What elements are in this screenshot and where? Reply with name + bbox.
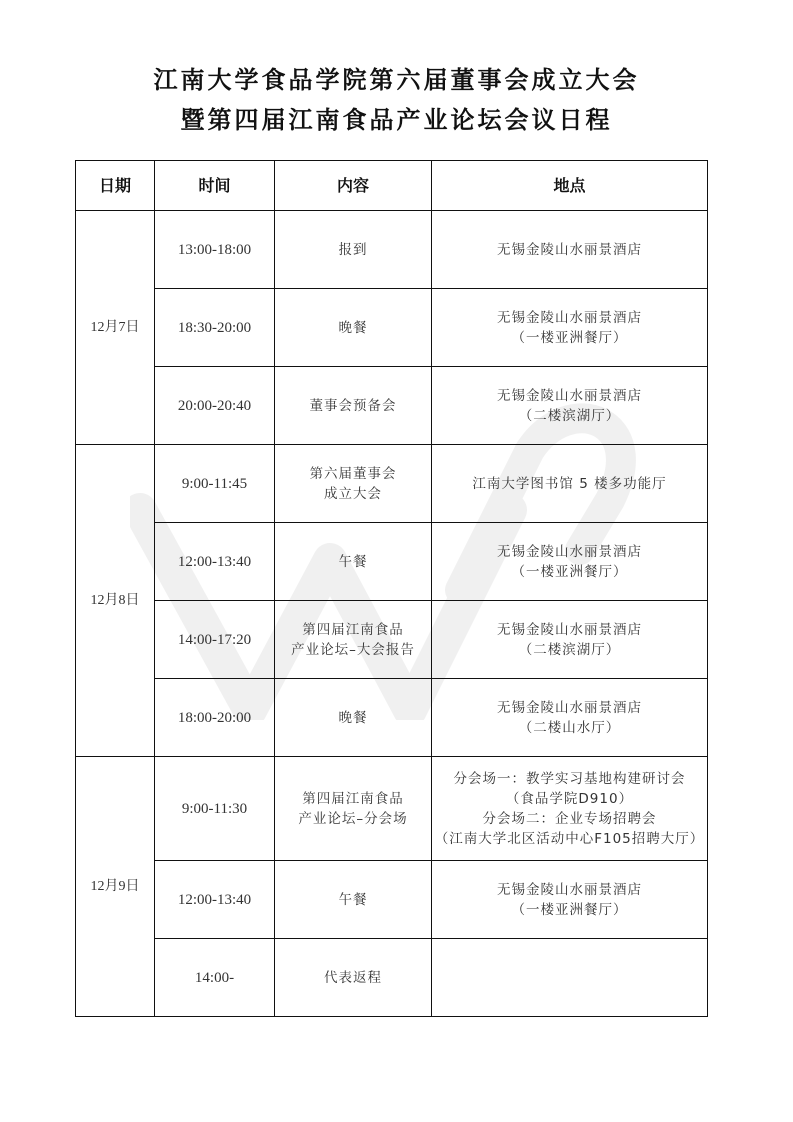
date-cell: 12月9日 (76, 757, 155, 1017)
time-cell: 13:00-18:00 (155, 211, 275, 289)
content-line: 董事会预备会 (275, 396, 431, 416)
location-line: （江南大学北区活动中心F105招聘大厅） (432, 829, 707, 849)
location-line: 无锡金陵山水丽景酒店 (432, 240, 707, 260)
document-title-line-2: 暨第四届江南食品产业论坛会议日程 (0, 100, 793, 135)
content-cell: 午餐 (275, 861, 432, 939)
content-cell: 午餐 (275, 523, 432, 601)
location-line: （一楼亚洲餐厅） (432, 900, 707, 920)
location-line: 无锡金陵山水丽景酒店 (432, 386, 707, 406)
table-row: 12月9日9:00-11:30第四届江南食品产业论坛–分会场分会场一：教学实习基… (76, 757, 708, 861)
location-cell: 无锡金陵山水丽景酒店（一楼亚洲餐厅） (432, 289, 708, 367)
content-line: 产业论坛–分会场 (275, 809, 431, 829)
time-cell: 9:00-11:45 (155, 445, 275, 523)
time-cell: 20:00-20:40 (155, 367, 275, 445)
time-cell: 12:00-13:40 (155, 523, 275, 601)
location-cell: 无锡金陵山水丽景酒店（二楼滨湖厅） (432, 367, 708, 445)
schedule-table: 日期 时间 内容 地点 12月7日13:00-18:00报到无锡金陵山水丽景酒店… (75, 160, 708, 1017)
location-line: （二楼山水厅） (432, 718, 707, 738)
content-line: 第六届董事会 (275, 464, 431, 484)
header-location: 地点 (432, 161, 708, 211)
location-line: （一楼亚洲餐厅） (432, 562, 707, 582)
content-cell: 董事会预备会 (275, 367, 432, 445)
content-cell: 晚餐 (275, 289, 432, 367)
content-line: 第四届江南食品 (275, 620, 431, 640)
time-cell: 12:00-13:40 (155, 861, 275, 939)
header-content: 内容 (275, 161, 432, 211)
table-row: 12月8日9:00-11:45第六届董事会成立大会江南大学图书馆 5 楼多功能厅 (76, 445, 708, 523)
table-row: 18:00-20:00晚餐无锡金陵山水丽景酒店（二楼山水厅） (76, 679, 708, 757)
date-cell: 12月8日 (76, 445, 155, 757)
content-cell: 报到 (275, 211, 432, 289)
content-cell: 第四届江南食品产业论坛–分会场 (275, 757, 432, 861)
content-line: 午餐 (275, 890, 431, 910)
location-cell (432, 939, 708, 1017)
location-line: 无锡金陵山水丽景酒店 (432, 880, 707, 900)
table-row: 20:00-20:40董事会预备会无锡金陵山水丽景酒店（二楼滨湖厅） (76, 367, 708, 445)
location-line: （二楼滨湖厅） (432, 406, 707, 426)
document-title-line-1: 江南大学食品学院第六届董事会成立大会 (0, 60, 793, 95)
location-line: 无锡金陵山水丽景酒店 (432, 542, 707, 562)
location-line: （一楼亚洲餐厅） (432, 328, 707, 348)
location-line: 无锡金陵山水丽景酒店 (432, 308, 707, 328)
date-cell: 12月7日 (76, 211, 155, 445)
content-line: 晚餐 (275, 318, 431, 338)
location-cell: 无锡金陵山水丽景酒店（一楼亚洲餐厅） (432, 523, 708, 601)
location-line: 江南大学图书馆 5 楼多功能厅 (432, 474, 707, 494)
location-line: （二楼滨湖厅） (432, 640, 707, 660)
table-row: 18:30-20:00晚餐无锡金陵山水丽景酒店（一楼亚洲餐厅） (76, 289, 708, 367)
table-row: 12:00-13:40午餐无锡金陵山水丽景酒店（一楼亚洲餐厅） (76, 861, 708, 939)
content-line: 晚餐 (275, 708, 431, 728)
time-cell: 14:00- (155, 939, 275, 1017)
time-cell: 18:00-20:00 (155, 679, 275, 757)
location-line: 分会场一：教学实习基地构建研讨会 (432, 769, 707, 789)
content-line: 午餐 (275, 552, 431, 572)
time-cell: 14:00-17:20 (155, 601, 275, 679)
location-cell: 无锡金陵山水丽景酒店（一楼亚洲餐厅） (432, 861, 708, 939)
content-line: 成立大会 (275, 484, 431, 504)
location-cell: 无锡金陵山水丽景酒店（二楼滨湖厅） (432, 601, 708, 679)
time-cell: 9:00-11:30 (155, 757, 275, 861)
table-header-row: 日期 时间 内容 地点 (76, 161, 708, 211)
content-line: 报到 (275, 240, 431, 260)
location-line: 无锡金陵山水丽景酒店 (432, 698, 707, 718)
header-date: 日期 (76, 161, 155, 211)
location-line: 分会场二：企业专场招聘会 (432, 809, 707, 829)
content-line: 代表返程 (275, 968, 431, 988)
table-row: 14:00-17:20第四届江南食品产业论坛–大会报告无锡金陵山水丽景酒店（二楼… (76, 601, 708, 679)
content-cell: 代表返程 (275, 939, 432, 1017)
time-cell: 18:30-20:00 (155, 289, 275, 367)
location-cell: 无锡金陵山水丽景酒店 (432, 211, 708, 289)
location-line: （食品学院D910） (432, 789, 707, 809)
table-row: 14:00-代表返程 (76, 939, 708, 1017)
content-line: 第四届江南食品 (275, 789, 431, 809)
location-line: 无锡金陵山水丽景酒店 (432, 620, 707, 640)
content-line: 产业论坛–大会报告 (275, 640, 431, 660)
header-time: 时间 (155, 161, 275, 211)
content-cell: 第六届董事会成立大会 (275, 445, 432, 523)
location-cell: 江南大学图书馆 5 楼多功能厅 (432, 445, 708, 523)
table-row: 12:00-13:40午餐无锡金陵山水丽景酒店（一楼亚洲餐厅） (76, 523, 708, 601)
content-cell: 晚餐 (275, 679, 432, 757)
location-cell: 分会场一：教学实习基地构建研讨会（食品学院D910）分会场二：企业专场招聘会（江… (432, 757, 708, 861)
table-row: 12月7日13:00-18:00报到无锡金陵山水丽景酒店 (76, 211, 708, 289)
location-cell: 无锡金陵山水丽景酒店（二楼山水厅） (432, 679, 708, 757)
content-cell: 第四届江南食品产业论坛–大会报告 (275, 601, 432, 679)
